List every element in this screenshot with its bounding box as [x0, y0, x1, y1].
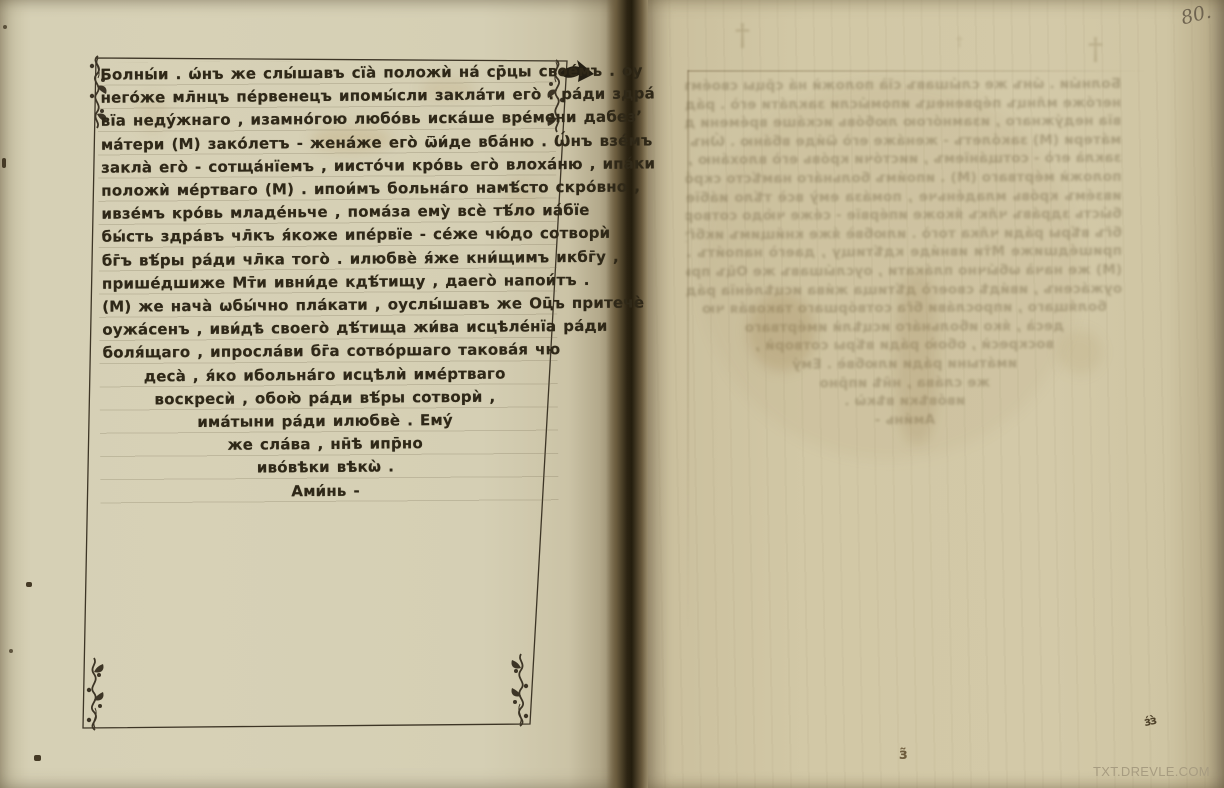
- bleed-cross-icon: †: [956, 34, 963, 50]
- text-line: оужа́сенъ , иви́дѣ своего̀ дѣ́тища жи́ва…: [102, 315, 546, 342]
- corner-quire-mark: з́з̀: [1143, 713, 1158, 729]
- text-line: Болны́и . ѡ́нъ же слы́шавъ сїа̀ положѝ н…: [100, 60, 544, 87]
- quire-mark: з̃: [899, 745, 908, 763]
- text-line: бг̄ъ вѣ́ры ра́ди чл̄ка того̀ . илюбвѐ я́…: [102, 246, 546, 273]
- text-line: има́тыни ра́ди илюбвѐ . Ему́: [103, 408, 547, 435]
- watermark: TXT.DREVLE.COM: [1093, 764, 1210, 779]
- text-line: боля́щаго , ипросла́ви бг̄а сотво́ршаго …: [102, 339, 546, 366]
- text-line: прише́дшиже Мт̄и ивни́де кдѣ́тищу , даег…: [102, 269, 546, 296]
- bleed-cross-icon: †: [735, 18, 750, 53]
- manuscript-book-spread: Болны́и . ѡ́нъ же слы́шавъ сїа̀ положѝ н…: [0, 0, 1224, 788]
- stain: [700, 80, 1080, 460]
- text-line: деса̀ , я́ко ибольна́го исцѣлѝ име́ртваг…: [103, 362, 547, 389]
- bleed-frame-line: [688, 70, 1146, 72]
- text-line: бы́сть здра́въ чл̄къ я́коже ипе́рвїе - с…: [102, 223, 546, 250]
- manuscript-text: Болны́и . ѡ́нъ же слы́шавъ сїа̀ положѝ н…: [100, 60, 547, 504]
- text-line: (М) же нача̀ ѡбы́чно пла́кати , оуслы́ша…: [102, 292, 546, 319]
- corner-flourish-icon: [87, 658, 104, 730]
- corner-flourish-icon: [511, 654, 528, 726]
- text-line: ивзе́мъ кро́вь младе́ньче , пома́за ему̀…: [101, 199, 545, 226]
- text-line: же сла́ва , нн̄ѣ ипр̄но: [103, 432, 547, 459]
- text-line: воскресѝ , обою̀ ра́ди вѣ́ры сотворѝ ,: [103, 385, 547, 412]
- text-line: иво́вѣки вѣкѡ̀ .: [103, 455, 547, 482]
- text-line: вїа неду́жнаго , изамно́гою любо́вь иска…: [101, 107, 545, 134]
- text-line: ма́тери (М) зако́летъ - жена́же его̀ ѿи́…: [101, 130, 545, 157]
- text-line: положѝ ме́ртваго (М) . ипои́мъ больна́го…: [101, 176, 545, 203]
- text-line: закла̀ его̀ - сотща́нїемъ , иисто́чи кро…: [101, 153, 545, 180]
- text-line: Ами́нь -: [104, 478, 548, 505]
- bleed-cross-icon: †: [1088, 32, 1103, 67]
- text-line: него́же мл̄нцъ пе́рвенецъ ипомы́сли закл…: [100, 83, 544, 110]
